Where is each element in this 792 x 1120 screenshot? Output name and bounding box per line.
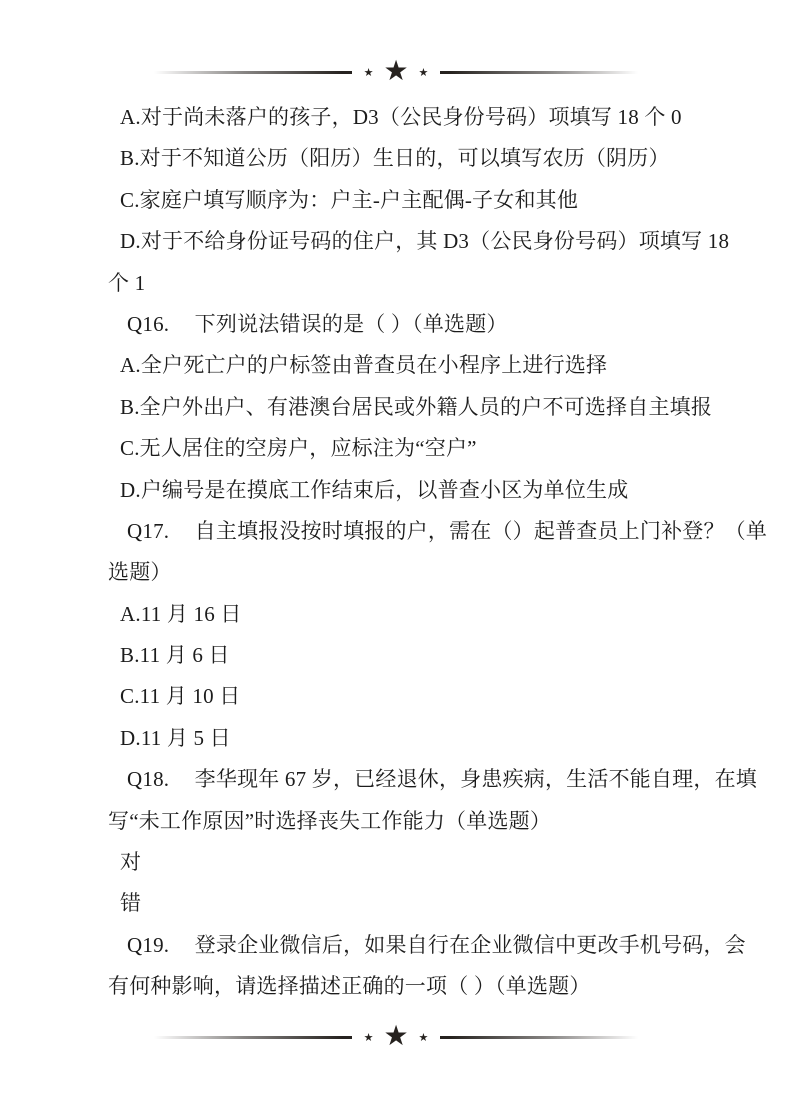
divider-line-left [154,1036,352,1039]
question-line-q16: Q16. 下列说法错误的是（ ）（单选题） [108,304,708,345]
question-number: Q16. [127,304,169,345]
question-line-q18: Q18. 李华现年 67 岁，已经退休，身患疾病，生活不能自理，在填 [108,759,708,800]
question-text: 自主填报没按时填报的户，需在（）起普查员上门补登？（单 [195,511,767,552]
continuation-line: 个 1 [108,263,708,304]
star-divider-bottom: ★ ★ ★ [0,1022,792,1052]
star-icon: ★ [419,1032,429,1043]
question-text: 登录企业微信后，如果自行在企业微信中更改手机号码，会 [195,925,746,966]
question-text: 下列说法错误的是（ ）（单选题） [195,304,508,345]
document-page: ★ ★ ★ A.对于尚未落户的孩子，D3（公民身份号码）项填写 18 个 0 B… [0,0,792,1120]
quiz-text-body: A.对于尚未落户的孩子，D3（公民身份号码）项填写 18 个 0 B.对于不知道… [108,97,708,1008]
continuation-line: 有何种影响，请选择描述正确的一项（ ）（单选题） [108,966,708,1007]
question-text: 李华现年 67 岁，已经退休，身患疾病，生活不能自理，在填 [195,759,757,800]
question-line-q17: Q17. 自主填报没按时填报的户，需在（）起普查员上门补登？（单 [108,511,708,552]
star-icon: ★ [419,67,429,78]
question-number: Q18. [127,759,169,800]
continuation-line: 选题） [108,552,708,593]
question-line-q19: Q19. 登录企业微信后，如果自行在企业微信中更改手机号码，会 [108,925,708,966]
star-icon: ★ [383,57,408,85]
divider-line-right [440,1036,638,1039]
star-icon: ★ [364,67,374,78]
option-line: D.户编号是在摸底工作结束后，以普查小区为单位生成 [108,470,708,511]
option-line: C.无人居住的空房户，应标注为“空户” [108,428,708,469]
option-line: 对 [108,842,708,883]
option-line: A.11 月 16 日 [108,594,708,635]
option-line: A.全户死亡户的户标签由普查员在小程序上进行选择 [108,345,708,386]
continuation-line: 写“未工作原因”时选择丧失工作能力（单选题） [108,801,708,842]
option-line: C.家庭户填写顺序为：户主-户主配偶-子女和其他 [108,180,708,221]
option-line: D.11 月 5 日 [108,718,708,759]
question-number: Q17. [127,511,169,552]
option-line: B.11 月 6 日 [108,635,708,676]
option-line: B.对于不知道公历（阳历）生日的，可以填写农历（阴历） [108,138,708,179]
divider-line-right [440,71,638,74]
option-line: C.11 月 10 日 [108,676,708,717]
question-number: Q19. [127,925,169,966]
option-line: A.对于尚未落户的孩子，D3（公民身份号码）项填写 18 个 0 [108,97,708,138]
option-line: B.全户外出户、有港澳台居民或外籍人员的户不可选择自主填报 [108,387,708,428]
divider-line-left [154,71,352,74]
option-line: 错 [108,883,708,924]
star-divider-top: ★ ★ ★ [0,57,792,87]
star-icon: ★ [364,1032,374,1043]
star-icon: ★ [383,1022,408,1050]
option-line: D.对于不给身份证号码的住户，其 D3（公民身份号码）项填写 18 [108,221,708,262]
